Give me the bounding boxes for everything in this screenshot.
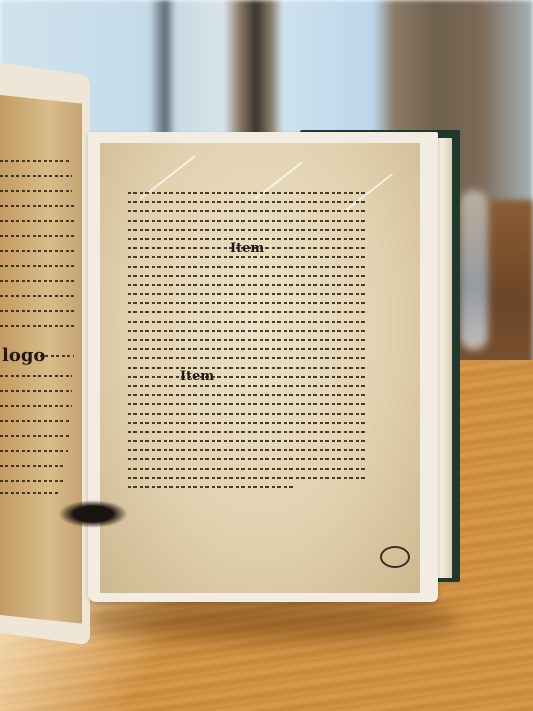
- logo-word: logo: [2, 345, 45, 366]
- stamp-seal: [380, 546, 410, 568]
- background-vase: [460, 190, 488, 350]
- item-initial: Item: [180, 369, 214, 384]
- book-shadow: [80, 600, 460, 640]
- manuscript-text-block: [128, 192, 368, 495]
- binding-cord: [58, 500, 128, 528]
- photo-scene: Item Item logo: [0, 0, 533, 711]
- item-initial: Item: [230, 241, 264, 256]
